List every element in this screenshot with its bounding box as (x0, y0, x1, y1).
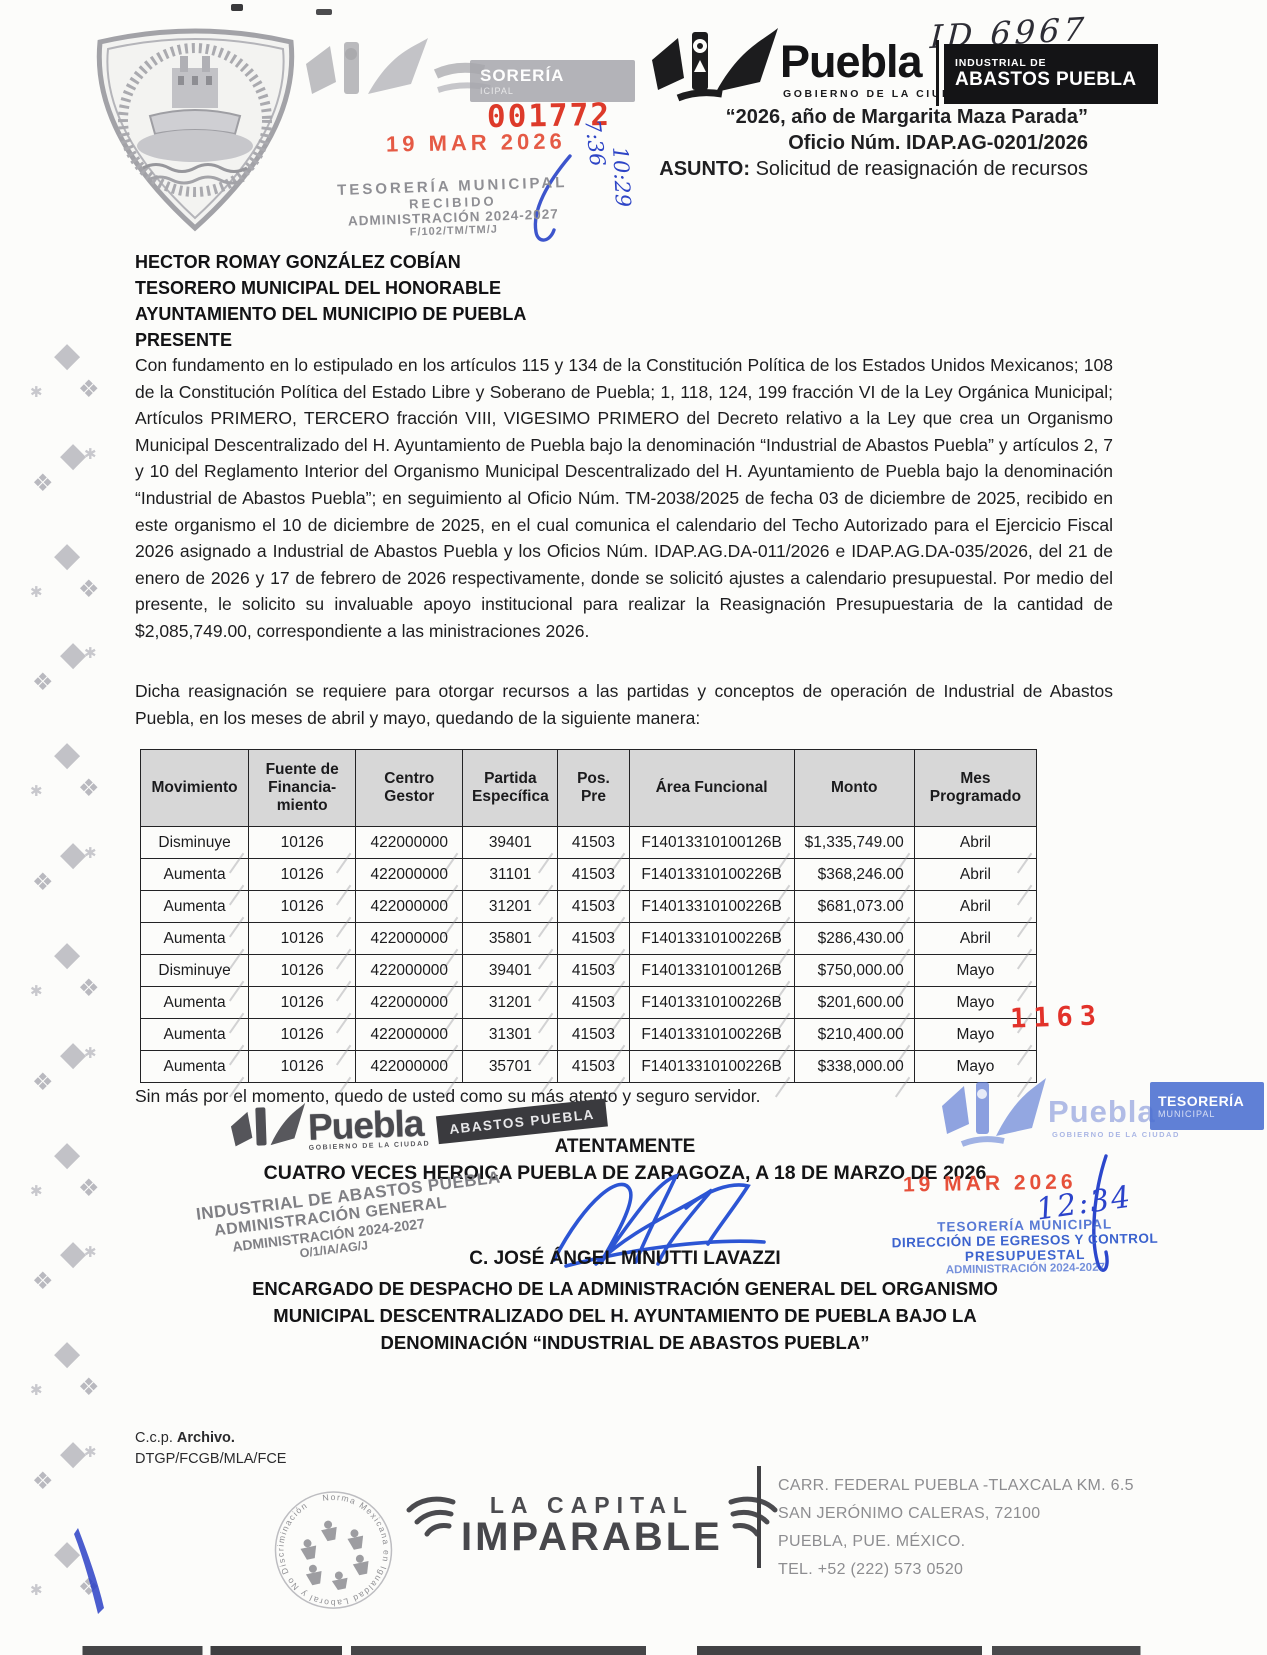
margin-pattern-tile: ◆❖✱ (26, 734, 114, 826)
tesoreria-office-box-stamp: SORERÍA ICIPAL (470, 60, 635, 102)
margin-pattern-tile: ◆❖✱ (26, 634, 114, 726)
logo-divider (936, 40, 939, 106)
received-stamp-text: TESORERÍA MUNICIPAL RECIBIDO ADMINISTRAC… (307, 173, 599, 242)
table-cell: Aumenta (141, 923, 249, 955)
atentamente-line: ATENTAMENTE (135, 1136, 1115, 1158)
address-line: PUEBLA, PUE. MÉXICO. (778, 1528, 1134, 1556)
office-box-line1: SORERÍA (480, 66, 635, 86)
seal-text: Norma Mexicana en Igualdad Laboral y No … (265, 1481, 403, 1619)
table-cell: 422000000 (356, 827, 463, 859)
footer-divider (757, 1466, 761, 1568)
margin-pattern-tile: ◆❖✱ (26, 1134, 114, 1226)
table-cell: 41503 (558, 987, 629, 1019)
table-cell: F14013310100226B (629, 987, 794, 1019)
margin-pattern-tile: ◆❖✱ (26, 934, 114, 1026)
table-cell: $338,000.00 (794, 1051, 914, 1083)
red-folio-stamp: 1163 (1009, 1000, 1103, 1034)
table-row: Aumenta101264220000003130141503F14013310… (141, 1019, 1037, 1051)
asunto-label: ASUNTO: (659, 158, 750, 180)
margin-pattern-tile: ◆❖✱ (26, 1433, 114, 1525)
table-row: Disminuye101264220000003940141503F140133… (141, 955, 1037, 987)
table-cell: Aumenta (141, 987, 249, 1019)
column-header: Pos. Pre (558, 750, 629, 827)
table-cell: 31101 (463, 859, 558, 891)
office-box-line2: ICIPAL (480, 86, 635, 96)
table-cell: 35801 (463, 923, 558, 955)
table-cell: F14013310100126B (629, 955, 794, 987)
table-cell: 41503 (558, 923, 629, 955)
addressee-presente: PRESENTE (135, 327, 526, 353)
left-wing-icon (405, 1492, 457, 1538)
table-cell: $286,430.00 (794, 923, 914, 955)
scan-artifact (316, 9, 332, 15)
org-box-line2: ABASTOS PUEBLA (955, 69, 1158, 91)
footer-address-block: CARR. FEDERAL PUEBLA -TLAXCALA KM. 6.5 S… (778, 1472, 1134, 1584)
table-cell: 422000000 (356, 1019, 463, 1051)
address-line: CARR. FEDERAL PUEBLA -TLAXCALA KM. 6.5 (778, 1472, 1134, 1500)
table-cell: $1,335,749.00 (794, 827, 914, 859)
signer-title-line: MUNICIPAL DESCENTRALIZADO DEL H. AYUNTAM… (135, 1302, 1115, 1329)
column-header: Monto (794, 750, 914, 827)
table-cell: 31201 (463, 987, 558, 1019)
table-cell: Mayo (914, 955, 1036, 987)
blue-box-line2: MUNICIPAL (1158, 1109, 1264, 1119)
address-line: SAN JERÓNIMO CALERAS, 72100 (778, 1500, 1134, 1528)
table-cell: 41503 (558, 1051, 629, 1083)
ccp-value: Archivo. (177, 1430, 235, 1446)
table-row: Aumenta101264220000003120141503F14013310… (141, 891, 1037, 923)
table-cell: 39401 (463, 955, 558, 987)
right-wing-icon (727, 1492, 779, 1538)
asunto-text: Solicitud de reasignación de recursos (756, 158, 1088, 180)
puebla-coat-of-arms-icon (88, 16, 303, 239)
blue-stamp-brand: Puebla (1048, 1094, 1156, 1130)
table-cell: Aumenta (141, 1051, 249, 1083)
table-cell: $681,073.00 (794, 891, 914, 923)
equality-norm-seal-icon: Norma Mexicana en Igualdad Laboral y No … (258, 1474, 411, 1631)
reassignment-table-wrap: MovimientoFuente de Financia- mientoCent… (140, 749, 1037, 1083)
column-header: Partida Específica (463, 750, 558, 827)
table-cell: F14013310100126B (629, 827, 794, 859)
table-cell: Disminuye (141, 955, 249, 987)
addressee-title: AYUNTAMIENTO DEL MUNICIPIO DE PUEBLA (135, 301, 526, 327)
column-header: Movimiento (141, 750, 249, 827)
margin-pattern-tile: ◆❖✱ (26, 435, 114, 527)
table-cell: 10126 (249, 987, 356, 1019)
table-cell: Aumenta (141, 891, 249, 923)
margin-pattern-tile: ◆❖✱ (26, 1034, 114, 1126)
ccp-label: C.c.p. (135, 1430, 173, 1446)
ccp-block: C.c.p. Archivo. DTGP/FCGB/MLA/FCE (135, 1428, 286, 1470)
year-legend: “2026, año de Margarita Maza Parada” (560, 104, 1088, 130)
addressee-block: HECTOR ROMAY GONZÁLEZ COBÍAN TESORERO MU… (135, 249, 526, 353)
body-paragraph-1: Con fundamento en lo estipulado en los a… (135, 352, 1113, 645)
table-cell: 41503 (558, 827, 629, 859)
table-cell: 10126 (249, 1051, 356, 1083)
table-cell: 422000000 (356, 891, 463, 923)
oficio-number: Oficio Núm. IDAP.AG-0201/2026 (560, 130, 1088, 156)
table-cell: 10126 (249, 891, 356, 923)
org-box-line1: INDUSTRIAL DE (955, 57, 1158, 69)
table-cell: 10126 (249, 827, 356, 859)
table-cell: 422000000 (356, 923, 463, 955)
faded-tesoreria-logo-stamp-icon (296, 34, 496, 119)
table-header-row: MovimientoFuente de Financia- mientoCent… (141, 750, 1037, 827)
column-header: Centro Gestor (356, 750, 463, 827)
table-cell: 41503 (558, 859, 629, 891)
capital-line2: IMPARABLE (461, 1515, 723, 1560)
industrial-abastos-box: INDUSTRIAL DE ABASTOS PUEBLA (944, 44, 1158, 104)
table-cell: 31301 (463, 1019, 558, 1051)
margin-pattern-tile: ◆❖✱ (26, 535, 114, 627)
table-cell: Aumenta (141, 859, 249, 891)
table-cell: F14013310100226B (629, 1051, 794, 1083)
addressee-name: HECTOR ROMAY GONZÁLEZ COBÍAN (135, 249, 526, 275)
table-row: Aumenta101264220000003110141503F14013310… (141, 859, 1037, 891)
table-cell: 10126 (249, 859, 356, 891)
table-cell: 31201 (463, 891, 558, 923)
signer-name: C. JOSÉ ÁNGEL MINUTTI LAVAZZI (135, 1248, 1115, 1270)
signer-title-line: DENOMINACIÓN “INDUSTRIAL DE ABASTOS PUEB… (135, 1329, 1115, 1356)
table-cell: 35701 (463, 1051, 558, 1083)
table-cell: $210,400.00 (794, 1019, 914, 1051)
table-cell: 422000000 (356, 987, 463, 1019)
table-cell: Abril (914, 891, 1036, 923)
header-reference-block: “2026, año de Margarita Maza Parada” Ofi… (560, 104, 1088, 183)
table-cell: F14013310100226B (629, 891, 794, 923)
table-cell: $750,000.00 (794, 955, 914, 987)
address-line: TEL. +52 (222) 573 0520 (778, 1556, 1134, 1584)
margin-pattern-tile: ◆❖✱ (26, 1233, 114, 1325)
table-cell: F14013310100226B (629, 859, 794, 891)
reassignment-table: MovimientoFuente de Financia- mientoCent… (140, 749, 1037, 1083)
table-cell: Aumenta (141, 1019, 249, 1051)
body-paragraph-2: Dicha reasignación se requiere para otor… (135, 678, 1113, 731)
table-cell: 422000000 (356, 955, 463, 987)
table-row: Disminuye101264220000003940141503F140133… (141, 827, 1037, 859)
blue-tesoreria-box-stamp: TESORERÍA MUNICIPAL (1150, 1082, 1264, 1130)
table-row: Aumenta101264220000003570141503F14013310… (141, 1051, 1037, 1083)
table-cell: F14013310100226B (629, 1019, 794, 1051)
table-cell: Disminuye (141, 827, 249, 859)
capital-slogan: LA CAPITAL IMPARABLE (461, 1492, 723, 1560)
margin-pattern-decoration: ◆❖✱◆❖✱◆❖✱◆❖✱◆❖✱◆❖✱◆❖✱◆❖✱◆❖✱◆❖✱◆❖✱◆❖✱◆❖✱ (26, 335, 114, 1625)
column-header: Fuente de Financia- miento (249, 750, 356, 827)
puebla-wordmark: Puebla (780, 36, 922, 88)
table-cell: 41503 (558, 955, 629, 987)
signer-title-line: ENCARGADO DE DESPACHO DE LA ADMINISTRACI… (135, 1275, 1115, 1302)
blue-pen-stroke-icon (58, 1524, 114, 1625)
table-cell: Abril (914, 923, 1036, 955)
scan-edge-strip (0, 1646, 1267, 1655)
table-cell: $368,246.00 (794, 859, 914, 891)
addressee-title: TESORERO MUNICIPAL DEL HONORABLE (135, 275, 526, 301)
table-cell: 10126 (249, 1019, 356, 1051)
table-cell: F14013310100226B (629, 923, 794, 955)
table-cell: Abril (914, 859, 1036, 891)
table-cell: 10126 (249, 923, 356, 955)
la-capital-imparable-logo: LA CAPITAL IMPARABLE (405, 1492, 779, 1560)
margin-pattern-tile: ◆❖✱ (26, 1333, 114, 1425)
table-cell: 41503 (558, 891, 629, 923)
table-cell: $201,600.00 (794, 987, 914, 1019)
column-header: Área Funcional (629, 750, 794, 827)
margin-pattern-tile: ◆❖✱ (26, 834, 114, 926)
table-cell: 10126 (249, 955, 356, 987)
svg-text:Norma Mexicana en Igualdad Lab: Norma Mexicana en Igualdad Laboral y No … (265, 1481, 403, 1619)
column-header: Mes Programado (914, 750, 1036, 827)
table-row: Aumenta101264220000003580141503F14013310… (141, 923, 1037, 955)
table-cell: 422000000 (356, 859, 463, 891)
table-row: Aumenta101264220000003120141503F14013310… (141, 987, 1037, 1019)
scan-artifact (231, 4, 243, 11)
scanned-official-letter: ◆❖✱◆❖✱◆❖✱◆❖✱◆❖✱◆❖✱◆❖✱◆❖✱◆❖✱◆❖✱◆❖✱◆❖✱◆❖✱ (0, 0, 1267, 1655)
margin-pattern-tile: ◆❖✱ (26, 335, 114, 427)
signer-title-block: ENCARGADO DE DESPACHO DE LA ADMINISTRACI… (135, 1275, 1115, 1356)
table-cell: 422000000 (356, 1051, 463, 1083)
blue-box-line1: TESORERÍA (1158, 1093, 1264, 1109)
table-cell: 39401 (463, 827, 558, 859)
table-cell: 41503 (558, 1019, 629, 1051)
table-cell: Abril (914, 827, 1036, 859)
asunto-line: ASUNTO: Solicitud de reasignación de rec… (560, 156, 1088, 183)
ccp-line: C.c.p. Archivo. (135, 1428, 286, 1449)
initials-line: DTGP/FCGB/MLA/FCE (135, 1449, 286, 1470)
